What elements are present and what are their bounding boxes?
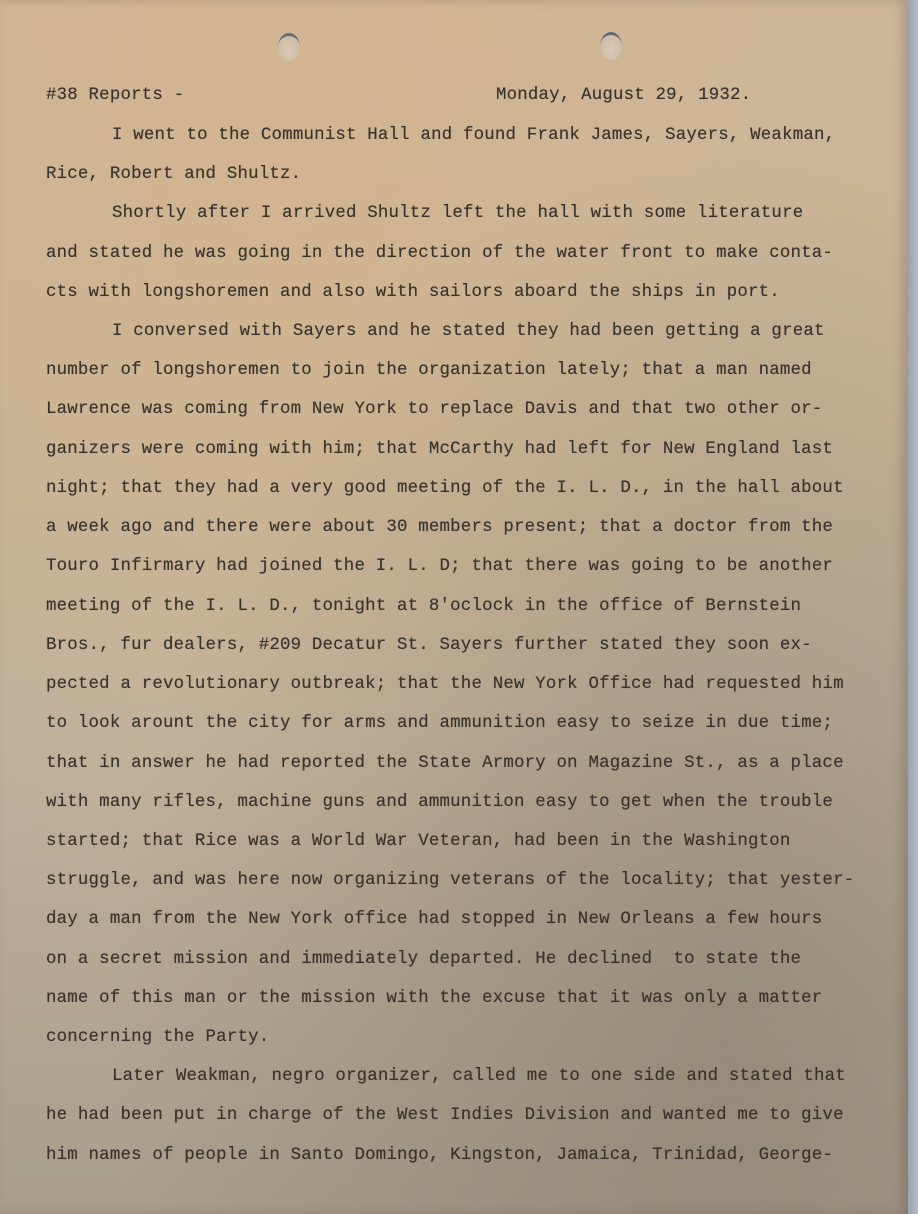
paragraph-line: meeting of the I. L. D., tonight at 8'oc… <box>46 597 801 617</box>
paragraph-line: Bros., fur dealers, #209 Decatur St. Say… <box>46 636 812 656</box>
paragraph-line: Rice, Robert and Shultz. <box>46 165 301 185</box>
paragraph-line: number of longshoremen to join the organ… <box>46 361 812 381</box>
paragraph-line: Touro Infirmary had joined the I. L. D; … <box>46 557 833 577</box>
paragraph-line: Later Weakman, negro organizer, called m… <box>112 1067 846 1087</box>
paragraph-line: Lawrence was coming from New York to rep… <box>46 400 822 420</box>
document-body: #38 Reports - Monday, August 29, 1932. I… <box>0 0 908 1214</box>
paragraph-line: started; that Rice was a World War Veter… <box>46 832 791 852</box>
paragraph-line: day a man from the New York office had s… <box>46 910 822 930</box>
paragraph-line: him names of people in Santo Domingo, Ki… <box>46 1146 833 1166</box>
paragraph-line: a week ago and there were about 30 membe… <box>46 518 833 538</box>
paragraph-line: he had been put in charge of the West In… <box>46 1106 844 1126</box>
paragraph-line: ganizers were coming with him; that McCa… <box>46 440 833 460</box>
paragraph-line: name of this man or the mission with the… <box>46 989 822 1009</box>
paragraph-line: to look arount the city for arms and amm… <box>46 714 833 734</box>
paragraph-line: Shortly after I arrived Shultz left the … <box>112 204 803 224</box>
typewritten-page: #38 Reports - Monday, August 29, 1932. I… <box>0 0 908 1214</box>
paragraph-line: night; that they had a very good meeting… <box>46 479 844 499</box>
paragraph-line: that in answer he had reported the State… <box>46 754 844 774</box>
paragraph-line: I conversed with Sayers and he stated th… <box>112 322 825 342</box>
background-surface-edge <box>908 0 918 1214</box>
paragraph-line: cts with longshoremen and also with sail… <box>46 283 780 303</box>
paragraph-line: concerning the Party. <box>46 1028 269 1048</box>
paragraph-line: on a secret mission and immediately depa… <box>46 950 801 970</box>
report-label: #38 Reports - <box>46 86 184 106</box>
paragraph-line: and stated he was going in the direction… <box>46 244 833 264</box>
paragraph-line: struggle, and was here now organizing ve… <box>46 871 854 891</box>
paragraph-line: with many rifles, machine guns and ammun… <box>46 793 833 813</box>
paragraph-line: pected a revolutionary outbreak; that th… <box>46 675 844 695</box>
paragraph-line: I went to the Communist Hall and found F… <box>112 126 835 146</box>
report-date: Monday, August 29, 1932. <box>496 86 751 106</box>
